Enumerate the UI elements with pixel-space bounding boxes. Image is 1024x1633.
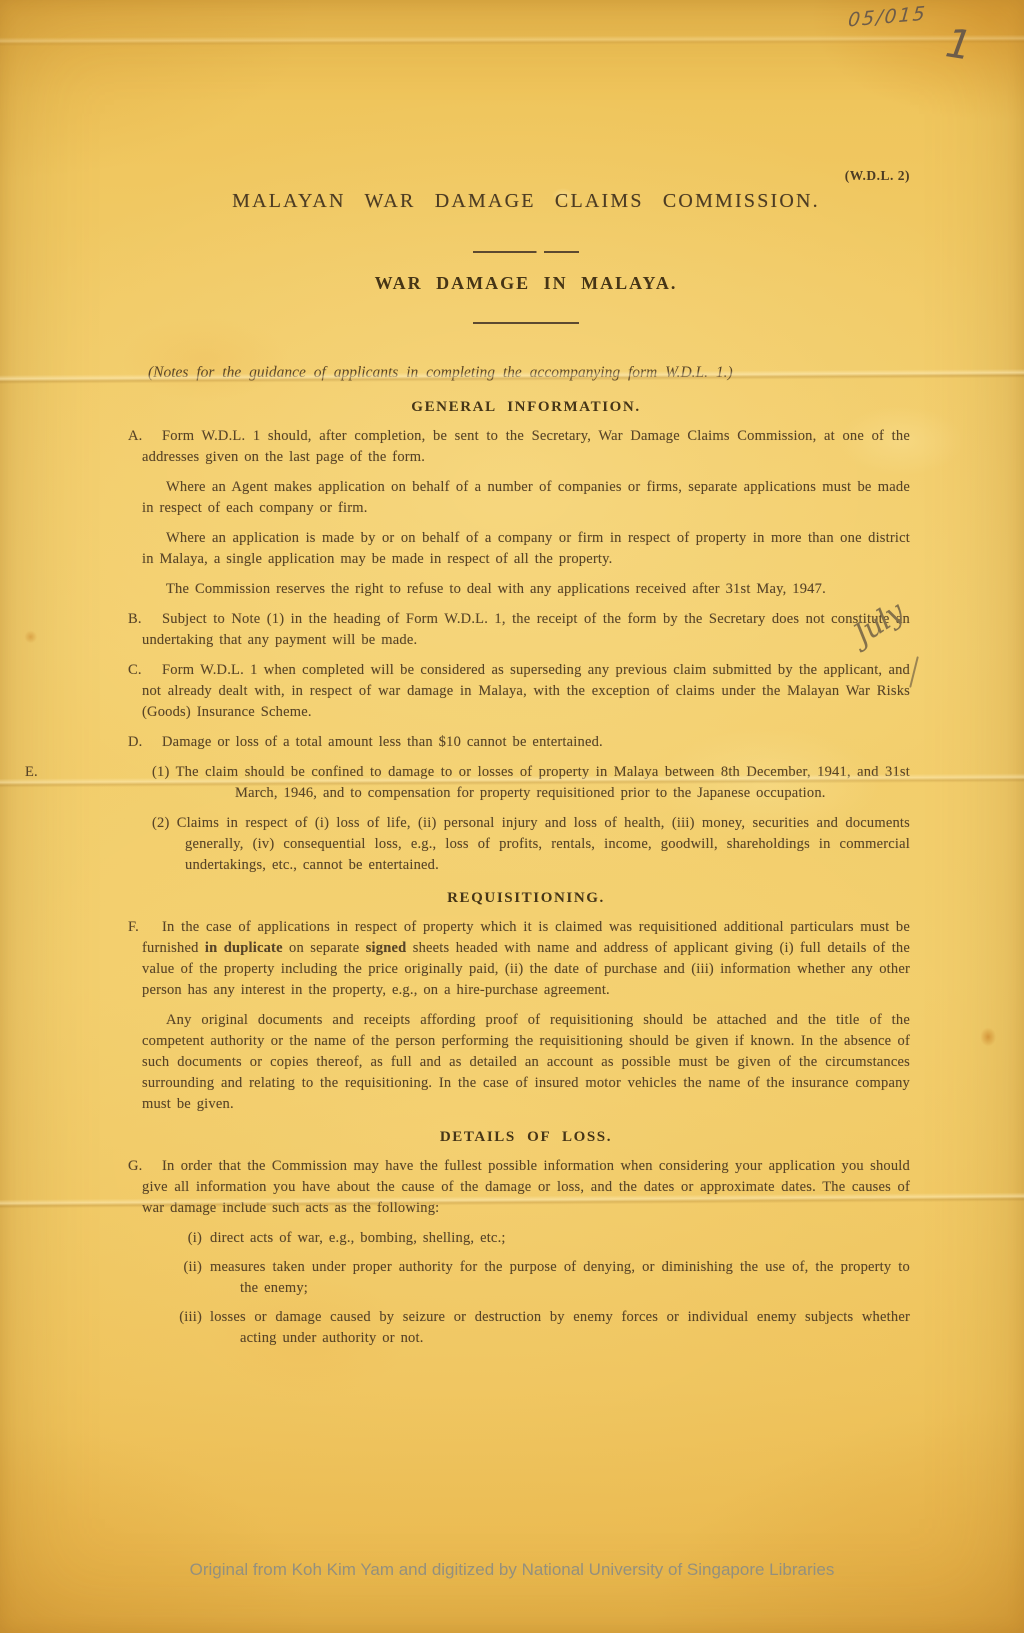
- section-label: D.: [108, 732, 143, 753]
- paragraph-text: Damage or loss of a total amount less th…: [162, 734, 603, 750]
- paragraph-text: Where an application is made by or on be…: [142, 530, 910, 567]
- section-label: B.: [108, 609, 142, 630]
- paragraph-e2: (2) Claims in respect of (i) loss of lif…: [142, 813, 910, 876]
- section-heading-general-information: GENERAL INFORMATION.: [142, 399, 910, 416]
- emphasized-text: in duplicate: [205, 940, 283, 956]
- paragraph-text: Form W.D.L. 1 should, after completion, …: [142, 428, 910, 465]
- paragraph-multi-district: Where an application is made by or on be…: [142, 528, 910, 570]
- document-content: (W.D.L. 2) MALAYAN WAR DAMAGE CLAIMS COM…: [0, 0, 1024, 1349]
- paragraph-deadline: The Commission reserves the right to ref…: [142, 579, 910, 600]
- section-label: G.: [108, 1156, 143, 1177]
- list-marker: (1): [152, 764, 170, 780]
- form-reference: (W.D.L. 2): [142, 168, 910, 184]
- paragraph-text: The Commission reserves the right to ref…: [166, 581, 826, 597]
- subtitle-divider: [473, 322, 579, 324]
- paragraph-a: A.Form W.D.L. 1 should, after completion…: [142, 426, 910, 468]
- cause-item: (i)direct acts of war, e.g., bombing, sh…: [142, 1228, 910, 1249]
- document-subtitle: WAR DAMAGE IN MALAYA.: [142, 273, 910, 294]
- paragraph-text: measures taken under proper authority fo…: [210, 1259, 910, 1296]
- paragraph-f: F.In the case of applications in respect…: [142, 917, 910, 1001]
- paragraph-text: In order that the Commission may have th…: [142, 1158, 910, 1216]
- paragraph-text: direct acts of war, e.g., bombing, shell…: [210, 1230, 506, 1246]
- paragraph-text: The claim should be confined to damage t…: [176, 764, 910, 801]
- paragraph-e1: E.(1) The claim should be confined to da…: [142, 762, 910, 804]
- paragraph-text: Claims in respect of (i) loss of life, (…: [177, 815, 910, 873]
- paragraph-agent: Where an Agent makes application on beha…: [142, 477, 910, 519]
- list-marker: (iii): [162, 1307, 202, 1328]
- title-divider: [473, 251, 579, 253]
- paragraph-d: D.Damage or loss of a total amount less …: [142, 732, 910, 753]
- paragraph-text: Where an Agent makes application on beha…: [142, 479, 910, 516]
- emphasized-text: signed: [366, 940, 407, 956]
- list-marker: (2): [152, 815, 170, 831]
- paragraph-text: on separate: [283, 940, 366, 956]
- paragraph-text: losses or damage caused by seizure or de…: [210, 1309, 910, 1346]
- cause-item: (ii)measures taken under proper authorit…: [142, 1257, 910, 1299]
- cause-item: (iii)losses or damage caused by seizure …: [142, 1307, 910, 1349]
- section-heading-details-of-loss: DETAILS OF LOSS.: [142, 1129, 910, 1146]
- document-page: 05/015 1 July (W.D.L. 2) MALAYAN WAR DAM…: [0, 0, 1024, 1633]
- section-heading-requisitioning: REQUISITIONING.: [142, 890, 910, 907]
- section-label: A.: [108, 426, 143, 447]
- section-label: F.: [108, 917, 139, 938]
- section-label: C.: [108, 660, 142, 681]
- guidance-note: (Notes for the guidance of applicants in…: [100, 360, 920, 385]
- document-title: MALAYAN WAR DAMAGE CLAIMS COMMISSION.: [142, 190, 910, 213]
- list-marker: (ii): [162, 1257, 202, 1278]
- paragraph-b: B.Subject to Note (1) in the heading of …: [142, 609, 910, 651]
- paragraph-text: Form W.D.L. 1 when completed will be con…: [142, 662, 910, 720]
- paragraph-documents: Any original documents and receipts affo…: [142, 1010, 910, 1115]
- paragraph-g: G.In order that the Commission may have …: [142, 1156, 910, 1219]
- list-marker: (i): [162, 1228, 202, 1249]
- paragraph-c: C.Form W.D.L. 1 when completed will be c…: [142, 660, 910, 723]
- digitization-credit: Original from Koh Kim Yam and digitized …: [0, 1560, 1024, 1580]
- paragraph-text: Any original documents and receipts affo…: [142, 1012, 910, 1112]
- paragraph-text: Subject to Note (1) in the heading of Fo…: [142, 611, 910, 648]
